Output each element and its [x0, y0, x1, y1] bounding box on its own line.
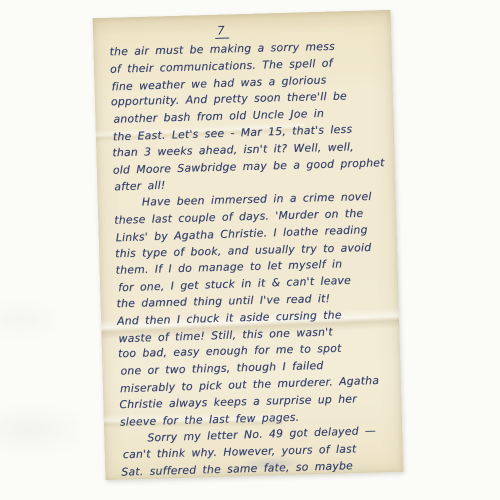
photo-background: 7 the air must be making a sorry mess of… [0, 0, 500, 500]
letter-body: the air must be making a sorry mess of t… [109, 37, 401, 480]
page-number: 7 [215, 23, 229, 38]
letter-page: 7 the air must be making a sorry mess of… [93, 10, 404, 480]
letter-text: 7 the air must be making a sorry mess of… [109, 15, 402, 480]
